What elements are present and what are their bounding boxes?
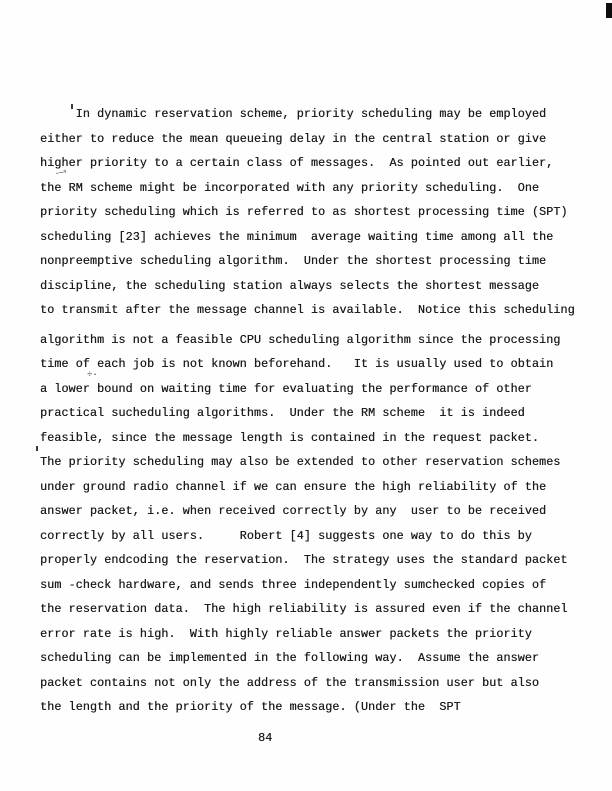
scan-speck [36, 446, 38, 451]
text-line: to transmit after the message channel is… [40, 298, 600, 323]
text-line: scheduling can be implemented in the fol… [40, 646, 600, 671]
text-line: either to reduce the mean queueing delay… [40, 127, 600, 152]
text-line: the reservation data. The high reliabili… [40, 597, 600, 622]
text-line: algorithm is not a feasible CPU scheduli… [40, 328, 600, 353]
text-line: time of each job is not known beforehand… [40, 352, 600, 377]
text-line: feasible, since the message length is co… [40, 426, 600, 451]
text-line: answer packet, i.e. when received correc… [40, 499, 600, 524]
text-line: correctly by all users. Robert [4] sugge… [40, 524, 600, 549]
text-line: the length and the priority of the messa… [40, 695, 600, 720]
page-number: 84 [258, 731, 272, 745]
text-line: error rate is high. With highly reliable… [40, 622, 600, 647]
text-line: packet contains not only the address of … [40, 671, 600, 696]
text-line: discipline, the scheduling station alway… [40, 274, 600, 299]
text-line: properly endcoding the reservation. The … [40, 548, 600, 573]
body-text: In dynamic reservation scheme, priority … [40, 102, 600, 720]
text-line: the RM scheme might be incorporated with… [40, 176, 600, 201]
text-line: a lower bound on waiting time for evalua… [40, 377, 600, 402]
text-line: The priority scheduling may also be exte… [40, 450, 600, 475]
text-line: under ground radio channel if we can ens… [40, 475, 600, 500]
text-line: scheduling [23] achieves the minimum ave… [40, 225, 600, 250]
text-line: practical sucheduling algorithms. Under … [40, 401, 600, 426]
text-line: nonpreemptive scheduling algorithm. Unde… [40, 249, 600, 274]
scanned-document-page: -~ⁿ ÷· In dynamic reservation scheme, pr… [0, 0, 612, 791]
scan-corner-mark [606, 3, 612, 18]
text-line: higher priority to a certain class of me… [40, 151, 600, 176]
text-line: sum -check hardware, and sends three ind… [40, 573, 600, 598]
text-line: priority scheduling which is referred to… [40, 200, 600, 225]
text-line: In dynamic reservation scheme, priority … [40, 102, 600, 127]
